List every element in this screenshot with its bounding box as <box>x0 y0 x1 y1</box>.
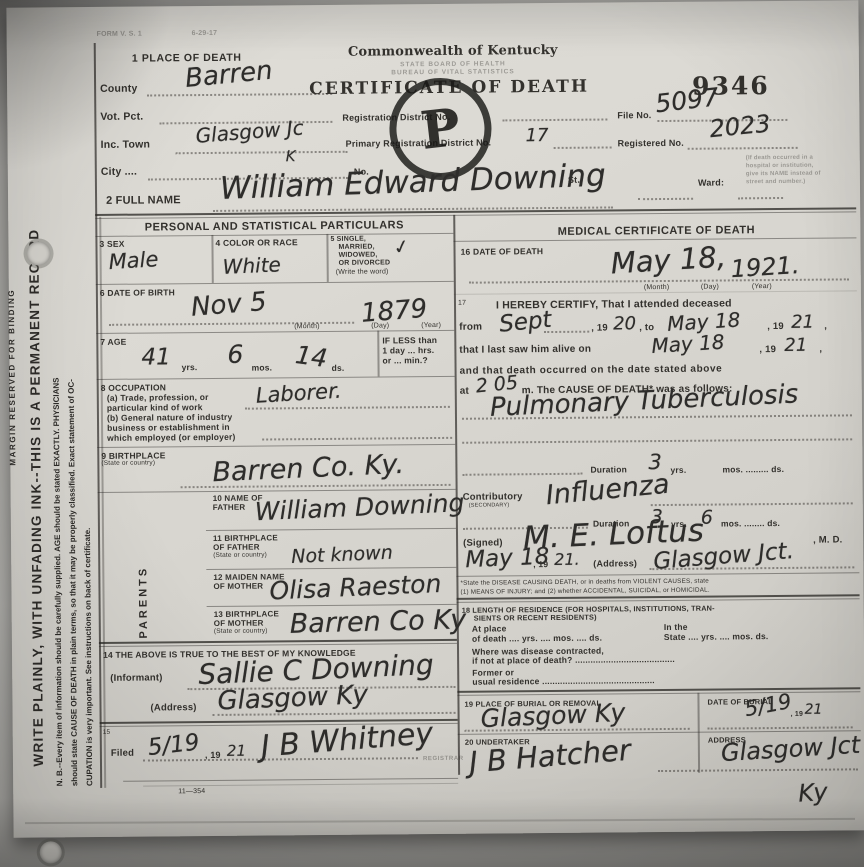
sex-label: 3 SEX <box>99 239 124 249</box>
file-no-value: 5097 <box>654 82 720 118</box>
hospital-note-line1: (If death occurred in a <box>746 155 813 162</box>
marital-label-3: WIDOWED, <box>339 252 378 259</box>
marital-write-word-label: (Write the word) <box>336 268 389 275</box>
burial-date-value: 5/19 <box>743 689 794 721</box>
age-yrs-label: yrs. <box>181 362 197 372</box>
file-no-label: File No. <box>617 110 651 120</box>
commonwealth-heading: Commonwealth of Kentucky <box>348 43 558 60</box>
registered-no-value: 2023 <box>708 109 771 143</box>
occupation-label: 8 OCCUPATION <box>101 382 166 393</box>
full-name-label: 2 FULL NAME <box>106 194 181 207</box>
medical-section-title: MEDICAL CERTIFICATE OF DEATH <box>558 224 755 238</box>
father-birthplace-value: Not known <box>291 542 393 568</box>
to-19-printed: , 19 <box>767 321 784 332</box>
informant-label: (Informant) <box>110 672 162 683</box>
day-caption: (Day) <box>371 322 389 329</box>
birthplace-value: Barren Co. Ky. <box>212 449 405 488</box>
filed-year-value: 21 <box>227 742 246 760</box>
at-place-line2: of death .... yrs. .... mos. .... ds. <box>472 633 602 644</box>
to-printed: , to <box>639 322 654 333</box>
at-place-line1: At place <box>472 623 507 633</box>
lastsaw-19-printed: , 19 <box>759 344 776 355</box>
age-days-value: 14 <box>294 340 329 373</box>
stamp-letter: P <box>418 96 464 161</box>
father-name-label2: FATHER <box>213 503 246 512</box>
informant-address-label: (Address) <box>150 702 196 713</box>
sex-value: Male <box>108 247 159 274</box>
duration1-tail: mos. ......... ds. <box>722 464 784 475</box>
year-caption: (Year) <box>421 322 441 329</box>
informant-address-value: Glasgow Ky <box>217 680 369 717</box>
father-birthplace-label2: OF FATHER <box>213 543 260 552</box>
to-year-value: 21 <box>791 312 814 333</box>
in-the-line1: In the <box>664 622 688 632</box>
occupation-b-line3: which employed (or employer) <box>107 432 235 443</box>
filed-date-value: 5/19 <box>147 729 201 761</box>
date-of-death-monthday: May 18, <box>610 239 727 280</box>
contributory-label: Contributory <box>463 491 523 503</box>
dod-year-caption: (Year) <box>752 283 772 290</box>
if-less-line2: 1 day ... hrs. <box>382 345 434 355</box>
county-label: County <box>100 83 137 95</box>
age-years-value: 41 <box>141 344 171 370</box>
former-line2: usual residence ........................… <box>472 675 655 687</box>
comma2-printed: , <box>819 344 822 355</box>
marital-label-2: MARRIED, <box>338 244 374 251</box>
filed-section-number: 15 <box>103 729 111 736</box>
form-code-date: 6-29-17 <box>192 30 218 37</box>
margin-nb-line3: CUPATION is very important. See instruct… <box>82 475 94 786</box>
hospital-note-line2: hospital or institution, <box>746 163 814 170</box>
age-ds-label: ds. <box>332 363 345 373</box>
age-months-value: 6 <box>227 340 243 369</box>
father-birthplace-caption: (State or country) <box>213 551 267 558</box>
photograph-of-certificate: FORM V. S. 1 6-29-17 MARGIN RESERVED FOR… <box>0 0 864 867</box>
burial-year-value: 21 <box>804 702 822 718</box>
age-label: 7 AGE <box>100 337 126 347</box>
registered-no-label: Registered No. <box>618 138 684 149</box>
sign-19-printed: , 19 <box>533 559 548 569</box>
last-saw-label: that I last saw him alive on <box>459 344 591 356</box>
father-name-value: William Downing <box>254 488 465 526</box>
dob-label: 6 DATE OF BIRTH <box>100 287 175 298</box>
undertaker-address-value2: Ky <box>797 778 828 808</box>
margin-nb-line1: N. B.--Every item of information should … <box>51 308 64 786</box>
dod-month-caption: (Month) <box>644 284 670 291</box>
birthplace-caption: (State or country) <box>101 459 155 466</box>
burial-19-printed: , 19 <box>791 711 804 718</box>
father-birthplace-label1: 11 BIRTHPLACE <box>213 533 278 543</box>
margin-nb-line2: should state CAUSE OF DEATH in plain ter… <box>66 331 79 786</box>
comma-printed: , <box>824 321 827 332</box>
footnote-line2: (1) MEANS OF INJURY; and (2) whether ACC… <box>460 587 709 596</box>
dob-monthday-value: Nov 5 <box>190 287 268 323</box>
from-19-printed: , 19 <box>591 322 608 333</box>
last-saw-value: May 18 <box>651 330 725 358</box>
city-label: City .... <box>101 166 137 178</box>
primary-district-value: 17 <box>525 125 548 146</box>
hospital-note-line4: street and number.) <box>746 179 806 186</box>
punch-hole <box>40 841 62 863</box>
at-label: at <box>460 386 469 397</box>
ward-label: Ward: <box>698 177 724 187</box>
duration2-tail: mos. ........ ds. <box>721 518 780 529</box>
hospital-note-line3: give its NAME instead of <box>746 171 821 178</box>
margin-binding-note: MARGIN RESERVED FOR BINDING <box>7 286 18 466</box>
certify-section-number: 17 <box>458 300 466 307</box>
duration1-yrs-label: yrs. <box>670 465 686 475</box>
physician-address-label: (Address) <box>593 558 637 568</box>
mother-name-label2: OF MOTHER <box>213 582 263 591</box>
filed-label: Filed <box>111 748 134 759</box>
personal-section-title: PERSONAL AND STATISTICAL PARTICULARS <box>145 219 404 233</box>
marital-label-4: OR DIVORCED <box>339 259 391 266</box>
vot-pct-label: Vot. Pct. <box>100 111 143 123</box>
form-footer-code: 11—354 <box>178 788 205 795</box>
mother-birthplace-value: Barren Co Ky <box>289 604 466 640</box>
marital-label-1: 5 SINGLE, <box>330 236 366 243</box>
margin-write-plainly-note: WRITE PLAINLY, WITH UNFADING INK--THIS I… <box>25 98 46 766</box>
from-year-value: 20 <box>613 313 636 334</box>
inc-town-value: Glasgow Jc <box>195 115 305 147</box>
certify-from-label: from <box>459 322 482 333</box>
registrar-label: REGISTRAR <box>423 756 464 762</box>
marital-checkmark: ✓ <box>391 235 411 260</box>
contracted-line2: if not at place of death? ..............… <box>472 654 675 666</box>
form-code: FORM V. S. 1 <box>97 31 142 38</box>
occupation-value: Laborer. <box>255 379 342 408</box>
mother-name-value: Olisa Raeston <box>269 569 442 605</box>
age-mos-label: mos. <box>252 362 273 372</box>
sign-year-value: 21. <box>554 550 580 569</box>
bureau-heading: BUREAU OF VITAL STATISTICS <box>391 68 514 76</box>
in-the-line2: State .... yrs. .... mos. ds. <box>664 631 769 642</box>
dod-day-caption: (Day) <box>701 284 719 291</box>
if-less-line3: or ... min.? <box>382 355 427 365</box>
full-name-value: William Edward Downing <box>219 157 606 206</box>
state-board-heading: STATE BOARD OF HEALTH <box>400 60 506 68</box>
if-less-line1: IF LESS than <box>382 335 437 345</box>
certificate-paper: FORM V. S. 1 6-29-17 MARGIN RESERVED FOR… <box>6 0 864 837</box>
mother-birthplace-caption: (State or country) <box>214 627 268 634</box>
date-of-death-label: 16 DATE OF DEATH <box>460 246 543 257</box>
punch-hole <box>26 241 50 265</box>
race-label: 4 COLOR OR RACE <box>215 237 297 248</box>
footnote-line1: *State the DISEASE CAUSING DEATH, or in … <box>460 578 709 587</box>
residence-label-line2: SIENTS OR RECENT RESIDENTS) <box>474 613 597 623</box>
inc-town-label: Inc. Town <box>101 138 151 150</box>
lastsaw-year-value: 21 <box>784 335 807 356</box>
md-label: , M. D. <box>813 534 842 545</box>
city-mark-value: K <box>286 147 296 165</box>
parents-group-label: PARENTS <box>137 501 150 639</box>
month-caption: (Month) <box>294 323 320 330</box>
secondary-caption: (SECONDARY) <box>469 502 510 508</box>
mother-birthplace-label1: 13 BIRTHPLACE <box>214 609 279 619</box>
race-value: White <box>222 252 281 279</box>
mother-birthplace-label2: OF MOTHER <box>214 619 264 628</box>
